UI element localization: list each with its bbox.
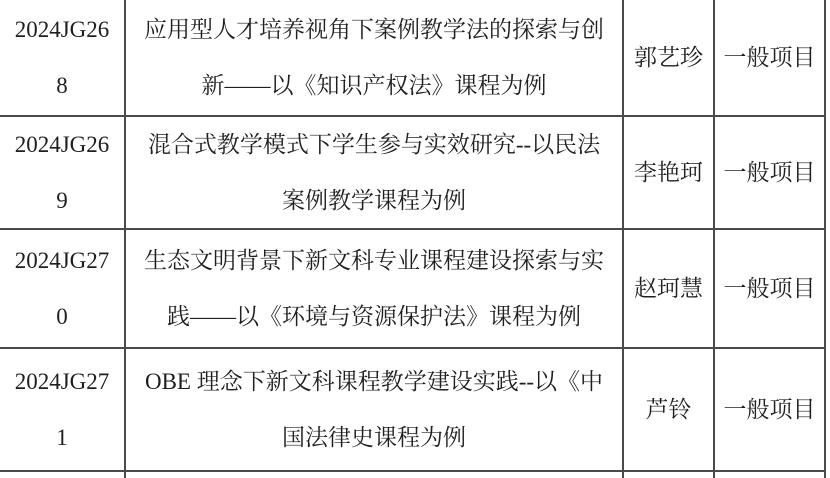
project-title-cell: OBE 理念下新文科课程教学建设实践--以《中国法律史课程为例 — [126, 349, 624, 470]
project-id-cell: 2024JG270 — [0, 230, 126, 347]
projects-table: 2024JG268 应用型人才培养视角下案例教学法的探索与创新——以《知识产权法… — [0, 0, 826, 478]
leader-name-cell: 李艳珂 — [624, 117, 715, 228]
project-type-cell — [715, 472, 826, 478]
leader-name-cell — [624, 472, 715, 478]
project-type-cell: 一般项目 — [715, 230, 826, 347]
table-row: 2024JG270 生态文明背景下新文科专业课程建设探索与实践——以《环境与资源… — [0, 230, 826, 349]
leader-name-cell: 芦铃 — [624, 349, 715, 470]
project-type-cell: 一般项目 — [715, 349, 826, 470]
project-title-cell: 混合式教学模式下学生参与实效研究--以民法案例教学课程为例 — [126, 117, 624, 228]
project-id-cell: 2024JG268 — [0, 0, 126, 115]
table-row-partial — [0, 472, 826, 478]
project-type-cell: 一般项目 — [715, 0, 826, 115]
project-id-cell: 2024JG271 — [0, 349, 126, 470]
document-page: 2024JG268 应用型人才培养视角下案例教学法的探索与创新——以《知识产权法… — [0, 0, 830, 478]
project-title-cell: 应用型人才培养视角下案例教学法的探索与创新——以《知识产权法》课程为例 — [126, 0, 624, 115]
leader-name-cell: 郭艺珍 — [624, 0, 715, 115]
project-type-cell: 一般项目 — [715, 117, 826, 228]
project-id-cell — [0, 472, 126, 478]
table-row: 2024JG268 应用型人才培养视角下案例教学法的探索与创新——以《知识产权法… — [0, 0, 826, 117]
table-row: 2024JG269 混合式教学模式下学生参与实效研究--以民法案例教学课程为例 … — [0, 117, 826, 230]
project-id-cell: 2024JG269 — [0, 117, 126, 228]
project-title-cell — [126, 472, 624, 478]
table-row: 2024JG271 OBE 理念下新文科课程教学建设实践--以《中国法律史课程为… — [0, 349, 826, 472]
project-title-cell: 生态文明背景下新文科专业课程建设探索与实践——以《环境与资源保护法》课程为例 — [126, 230, 624, 347]
leader-name-cell: 赵珂慧 — [624, 230, 715, 347]
